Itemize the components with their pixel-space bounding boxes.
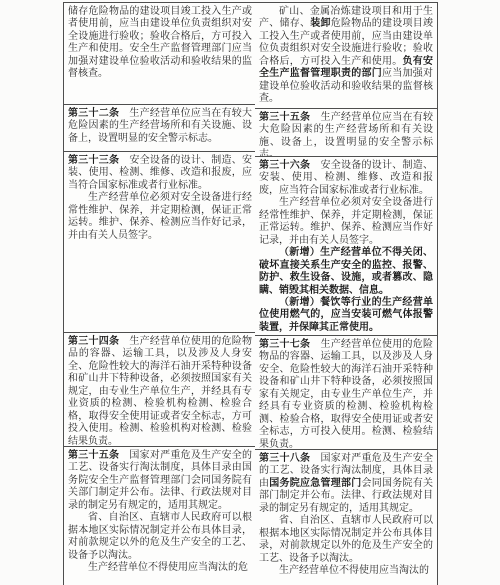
bold-text-run: 装卸 <box>310 18 331 29</box>
paragraph: 生产经营单位必须对安全设备进行经常性维护、保养，并定期检测，保证正常运转。维护、… <box>68 192 252 242</box>
old-law-column: 储存危险物品的建设项目竣工投入生产或者使用前，应当由建设单位负责组织对安全设施进… <box>63 2 257 585</box>
cell-article38-new: 第三十八条 国家对严重危及生产安全的工艺、设备实行淘汰制度，具体目录由国务院应急… <box>255 450 437 585</box>
cell-article36-new: 第三十六条 安全设备的设计、制造、安装、使用、检测、维修、改造和报废，应当符合国… <box>255 157 437 336</box>
bold-text-run: 第三十五条 <box>259 112 310 123</box>
cell-article35-new: 第三十五条 生产经营单位应当在有较大危险因素的生产经营场所和有关设施、设备上，设… <box>255 109 437 157</box>
cell-article34-continuation-new: 矿山、金属冶炼建设项目和用于生产、储存、装卸危险物品的建设项目竣工投入生产或者使… <box>255 2 437 109</box>
bold-text-run: 第三十三条 <box>68 155 119 166</box>
text-run: 省、自治区、直辖市人民政府可以根据本地区实际情况制定并公布具体目录，对前款规定以… <box>68 512 252 560</box>
paragraph: 生产经营单位必须对安全设备进行经常性维护、保养，并定期检测，保证正常运转。维护、… <box>259 197 433 247</box>
paragraph: 生产经营单位不得使用应当淘汰的危 <box>68 562 252 574</box>
bold-text-run: （新增）生产经营单位不得关闭、破坏直接关系生产安全的监控、报警、防护、救生设备、… <box>259 247 433 295</box>
paragraph: 第三十三条 安全设备的设计、制造、安装、使用、检测、维修、改造和报废，应当符合国… <box>68 155 252 192</box>
cell-article35-old: 第三十五条 国家对严重危及生产安全的工艺、设备实行淘汰制度，具体目录由国务院安全… <box>64 447 256 585</box>
cell-article34-old: 第三十四条 生产经营单位使用的危险物品的容器、运输工具，以及涉及人身安全、危险性… <box>64 333 256 447</box>
paragraph: 省、自治区、直辖市人民政府可以根据本地区实际情况制定并公布具体目录，对前款规定以… <box>259 515 433 565</box>
paragraph: 第三十五条 生产经营单位应当在有较大危险因素的生产经营场所和有关设施、设备上，设… <box>259 112 433 157</box>
paragraph: 第三十五条 国家对严重危及生产安全的工艺、设备实行淘汰制度，具体目录由国务院安全… <box>68 450 252 512</box>
bold-text-run: （新增）餐饮等行业的生产经营单位使用燃气的，应当安装可燃气体报警装置，并保障其正… <box>259 297 433 333</box>
bold-text-run: 第三十四条 <box>68 336 119 347</box>
bold-text-run: 第三十六条 <box>259 160 310 171</box>
new-law-column: 矿山、金属冶炼建设项目和用于生产、储存、装卸危险物品的建设项目竣工投入生产或者使… <box>255 2 438 585</box>
paragraph: 第三十八条 国家对严重危及生产安全的工艺、设备实行淘汰制度，具体目录由国务院应急… <box>259 453 433 515</box>
paragraph: 省、自治区、直辖市人民政府可以根据本地区实际情况制定并公布具体目录，对前款规定以… <box>68 512 252 562</box>
paragraph: 第三十二条 生产经营单位应当在有较大危险因素的生产经营场所和有关设施、设备上，设… <box>68 108 252 145</box>
bold-text-run: 第三十八条 <box>259 453 310 464</box>
text-run: 生产经营单位必须对安全设备进行经常性维护、保养，并定期检测，保证正常运转。维护、… <box>259 197 433 245</box>
cell-article37-new: 第三十七条 生产经营单位使用的危险物品的容器、运输工具，以及涉及人身安全、危险性… <box>255 336 437 450</box>
cell-article33-old: 第三十三条 安全设备的设计、制造、安装、使用、检测、维修、改造和报废，应当符合国… <box>64 152 256 333</box>
cell-article31-continuation-old: 储存危险物品的建设项目竣工投入生产或者使用前，应当由建设单位负责组织对安全设施进… <box>64 2 256 105</box>
bold-text-run: 国务院应急管理部门 <box>269 478 361 489</box>
text-run: 生产经营单位不得使用应当淘汰的危 <box>88 562 248 573</box>
paragraph: 生产经营单位不得使用应当淘汰的 <box>259 565 433 577</box>
bold-text-run: 第三十二条 <box>68 108 119 119</box>
text-run: 生产经营单位使用的危险物品的容器、运输工具，以及涉及人身安全、危险性较大的海洋石… <box>68 336 252 447</box>
text-run: 生产经营单位必须对安全设备进行经常性维护、保养，并定期检测，保证正常运转。维护、… <box>68 192 252 240</box>
text-run: 生产经营单位不得使用应当淘汰的 <box>279 565 429 576</box>
paragraph: （新增）生产经营单位不得关闭、破坏直接关系生产安全的监控、报警、防护、救生设备、… <box>259 247 433 297</box>
text-run: 省、自治区、直辖市人民政府可以根据本地区实际情况制定并公布具体目录，对前款规定以… <box>259 515 433 563</box>
paragraph: 第三十六条 安全设备的设计、制造、安装、使用、检测、维修、改造和报废，应当符合国… <box>259 160 433 197</box>
paragraph: 第三十七条 生产经营单位使用的危险物品的容器、运输工具，以及涉及人身安全、危险性… <box>259 339 433 450</box>
paragraph: （新增）餐饮等行业的生产经营单位使用燃气的，应当安装可燃气体报警装置，并保障其正… <box>259 297 433 334</box>
text-run: 储存危险物品的建设项目竣工投入生产或者使用前，应当由建设单位负责组织对安全设施进… <box>68 6 252 79</box>
paragraph: 储存危险物品的建设项目竣工投入生产或者使用前，应当由建设单位负责组织对安全设施进… <box>68 6 252 81</box>
paragraph: 第三十四条 生产经营单位使用的危险物品的容器、运输工具，以及涉及人身安全、危险性… <box>68 336 252 447</box>
bold-text-run: 第三十五条 <box>68 450 119 461</box>
law-comparison-page: 储存危险物品的建设项目竣工投入生产或者使用前，应当由建设单位负责组织对安全设施进… <box>0 0 500 585</box>
paragraph: 矿山、金属冶炼建设项目和用于生产、储存、装卸危险物品的建设项目竣工投入生产或者使… <box>259 6 433 106</box>
text-run: 生产经营单位使用的危险物品的容器、运输工具，以及涉及人身安全、危险性较大的海洋石… <box>259 339 433 450</box>
cell-article32-old: 第三十二条 生产经营单位应当在有较大危险因素的生产经营场所和有关设施、设备上，设… <box>64 105 256 152</box>
bold-text-run: 第三十七条 <box>259 339 310 350</box>
